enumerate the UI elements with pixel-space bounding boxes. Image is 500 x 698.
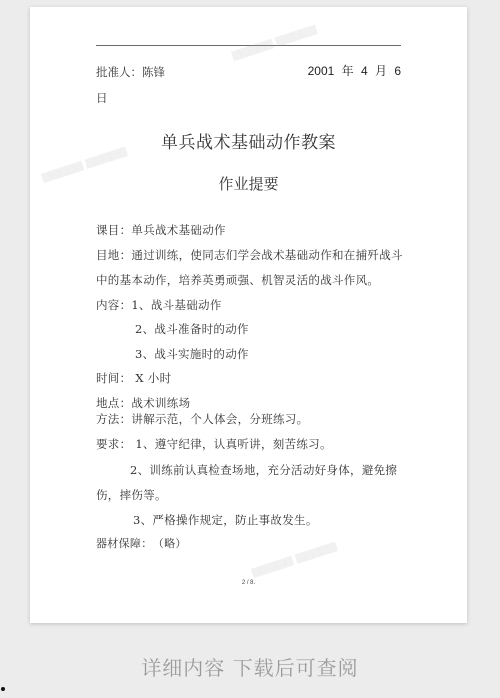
body-line-requirements-3: 3、严格操作规定，防止事故发生。 [133, 512, 318, 528]
body-line-content-3: 3、战斗实施时的动作 [135, 346, 249, 362]
approver-label: 批准人：陈锋 [96, 64, 165, 80]
body-line-location: 地点：战术训练场 [96, 395, 190, 411]
document-page: 批准人：陈锋 2001 年 4 月 6 日 单兵战术基础动作教案 作业提要 课目… [30, 7, 467, 623]
document-date-tail: 日 [96, 90, 108, 106]
body-line-purpose-cont: 中的基本动作，培养英勇顽强、机智灵活的战斗作风。 [96, 272, 379, 288]
header-rule [96, 45, 401, 46]
document-title: 单兵战术基础动作教案 [30, 128, 467, 153]
document-date: 2001 年 4 月 6 [308, 62, 401, 79]
bullet-dot [1, 687, 5, 691]
body-line-content-2: 2、战斗准备时的动作 [135, 321, 249, 337]
body-line-time: 时间： X 小时 [96, 370, 171, 386]
body-line-subject: 课目：单兵战术基础动作 [96, 222, 226, 238]
download-to-view-notice[interactable]: 详细内容 下载后可查阅 [0, 652, 500, 681]
watermark: ▆▆▆▆▆ ▆▆▆▆▆ [250, 539, 338, 579]
body-line-purpose: 目地：通过训练，使同志们学会战术基础动作和在捕歼战斗 [96, 247, 403, 263]
body-line-method: 方法：讲解示范，个人体会，分班练习。 [96, 411, 308, 427]
watermark: ▆▆▆▆▆ ▆▆▆▆▆ [230, 22, 318, 62]
body-line-requirements: 要求： 1、遵守纪律，认真听讲，刻苦练习。 [96, 436, 332, 452]
document-subtitle: 作业提要 [30, 173, 467, 194]
body-line-equipment: 器材保障： （略） [96, 535, 187, 551]
body-line-requirements-2: 2、训练前认真检查场地，充分活动好身体，避免擦 [130, 462, 397, 478]
body-line-content: 内容：1、战斗基础动作 [96, 297, 222, 313]
page-number: 2 / 8. [30, 580, 467, 586]
body-line-requirements-2-cont: 伤，摔伤等。 [96, 487, 167, 503]
